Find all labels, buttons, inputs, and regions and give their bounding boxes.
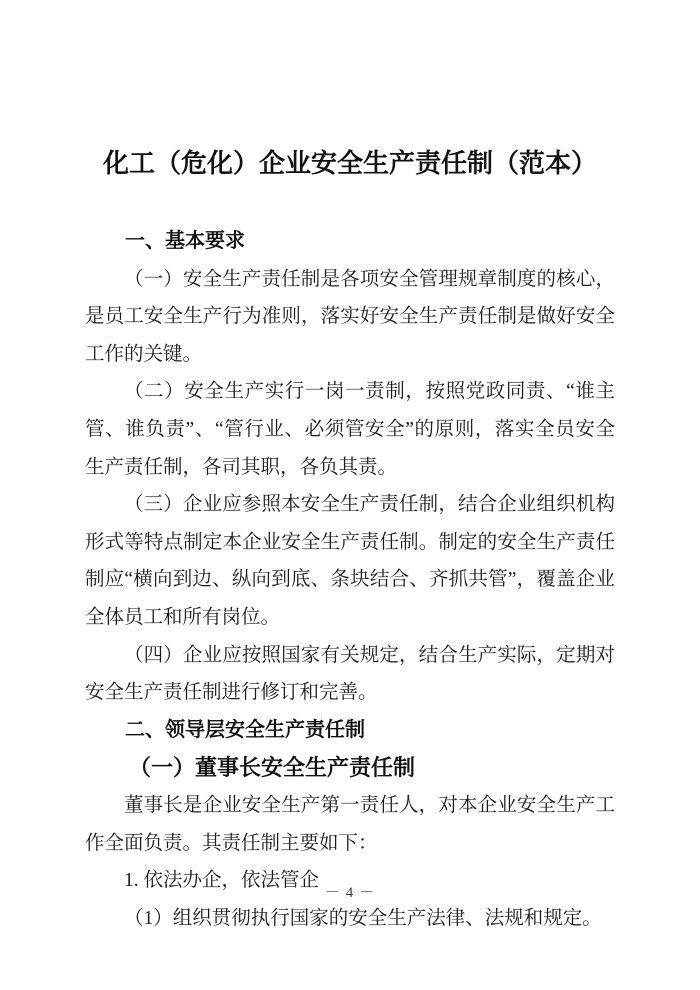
paragraph-one-post-one-duty: （二）安全生产实行一岗一责制，按照党政同责、“谁主管、谁负责”、“管行业、必须管… [85,373,615,486]
subsection-heading-chairman-responsibility: （一）董事长安全生产责任制 [85,749,615,787]
section-heading-leadership-responsibility: 二、领导层安全生产责任制 [85,712,615,750]
document-body: 一、基本要求 （一）安全生产责任制是各项安全管理规章制度的核心，是员工安全生产行… [85,223,615,937]
page-number: － 4 － [0,881,700,902]
paragraph-reference-and-coverage: （三）企业应参照本安全生产责任制，结合企业组织机构形式等特点制定本企业安全生产责… [85,486,615,636]
paragraph-implement-laws: （1）组织贯彻执行国家的安全生产法律、法规和规定。 [85,900,615,938]
page-title: 化工（危化）企业安全生产责任制（范本） [40,0,660,183]
paragraph-core-of-rules: （一）安全生产责任制是各项安全管理规章制度的核心，是员工安全生产行为准则，落实好… [85,261,615,374]
section-heading-basic-requirements: 一、基本要求 [85,223,615,261]
paragraph-periodic-revision: （四）企业应按照国家有关规定，结合生产实际，定期对安全生产责任制进行修订和完善。 [85,637,615,712]
paragraph-chairman-first-responsible: 董事长是企业安全生产第一责任人，对本企业安全生产工作全面负责。其责任制主要如下： [85,787,615,862]
document-page: 化工（危化）企业安全生产责任制（范本） 一、基本要求 （一）安全生产责任制是各项… [0,0,700,990]
